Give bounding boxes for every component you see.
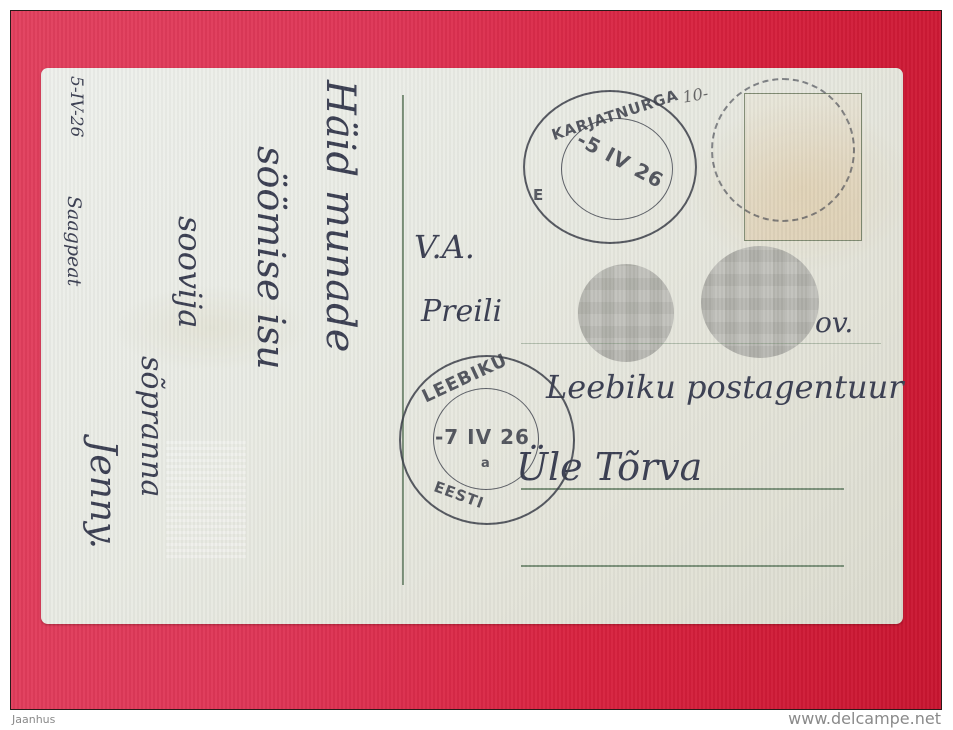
message-line-4: sõpranna bbox=[134, 356, 169, 497]
message-line-3: soovija bbox=[171, 216, 209, 328]
message-signature: Jenny. bbox=[82, 440, 123, 549]
address-salutation: V.A. bbox=[414, 228, 475, 266]
author-watermark: Jaanhus bbox=[12, 713, 55, 726]
message-line-1: Häid munade bbox=[317, 80, 363, 352]
address-title: Preili bbox=[421, 294, 502, 329]
postmark-2-letter: a bbox=[481, 456, 491, 471]
address-line-1 bbox=[521, 343, 881, 344]
address-line-2-text: Leebiku postagentuur bbox=[546, 368, 904, 406]
pencil-note: 10- bbox=[681, 84, 710, 107]
postmark-1-bottom: E bbox=[533, 186, 544, 204]
address-line-4 bbox=[521, 565, 844, 567]
postmark-2-date: -7 IV 26 bbox=[435, 425, 530, 449]
postcard: 5-IV-26 Saagpeat Häid munade söömise isu… bbox=[41, 68, 903, 624]
message-line-2: söömise isu bbox=[249, 146, 293, 370]
site-watermark: www.delcampe.net bbox=[788, 709, 941, 728]
postmark-stamp-area bbox=[711, 78, 855, 222]
redacted-name-1 bbox=[578, 264, 674, 362]
redacted-name-2 bbox=[701, 246, 819, 358]
address-line-3 bbox=[521, 488, 844, 490]
embossed-mark bbox=[166, 438, 246, 558]
center-divider bbox=[402, 95, 404, 585]
postcard-photo: 5-IV-26 Saagpeat Häid munade söömise isu… bbox=[10, 10, 942, 710]
message-place: Saagpeat bbox=[63, 196, 85, 286]
message-date: 5-IV-26 bbox=[66, 76, 86, 137]
address-name-suffix: ov. bbox=[815, 306, 853, 339]
